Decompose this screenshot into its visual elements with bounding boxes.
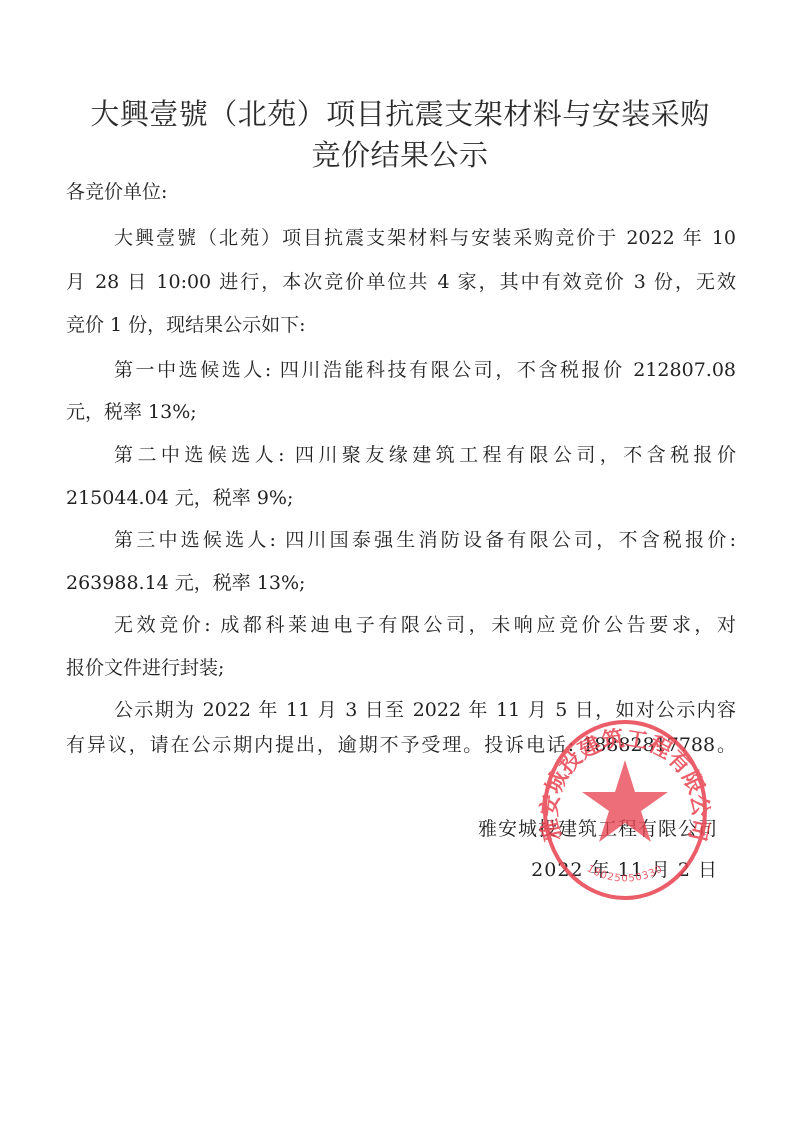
signature-company: 雅安城投建筑工程有限公司 [478,814,718,841]
document-title-line1: 大興壹號（北苑）项目抗震支架材料与安装采购 [0,92,800,133]
publicity-line2: 有异议，请在公示期内提出，逾期不予受理。投诉电话: 18882817788。 [66,733,736,757]
publicity-line1: 公示期为 2022 年 11 月 3 日至 2022 年 11 月 5 日，如对… [114,698,736,722]
paragraph1-line3: 竞价 1 份，现结果公示如下: [66,313,736,337]
invalid-bid-line2: 报价文件进行封装; [66,656,736,680]
paragraph1-line2: 月 28 日 10:00 进行，本次竞价单位共 4 家，其中有效竞价 3 份，无… [66,270,736,294]
signature-date: 2022 年 11 月 2 日 [531,855,718,882]
paragraph1-line1: 大興壹號（北苑）项目抗震支架材料与安装采购竞价于 2022 年 10 [114,226,736,250]
candidate-3-line2: 263988.14 元，税率 13%; [66,571,736,595]
candidate-1-line2: 元，税率 13%; [66,400,736,424]
document-page: 大興壹號（北苑）项目抗震支架材料与安装采购 竞价结果公示 各竞价单位: 大興壹號… [0,0,800,1131]
candidate-3-line1: 第三中选候选人: 四川国泰强生消防设备有限公司，不含税报价: [114,528,736,552]
candidate-2-line1: 第二中选候选人: 四川聚友缘建筑工程有限公司，不含税报价 [114,443,736,467]
document-title-line2: 竞价结果公示 [0,133,800,174]
salutation: 各竞价单位: [66,180,736,204]
candidate-2-line2: 215044.04 元，税率 9%; [66,486,736,510]
candidate-1-line1: 第一中选候选人: 四川浩能科技有限公司，不含税报价 212807.08 [114,358,736,382]
invalid-bid-line1: 无效竞价: 成都科莱迪电子有限公司，未响应竞价公告要求，对 [114,613,736,637]
